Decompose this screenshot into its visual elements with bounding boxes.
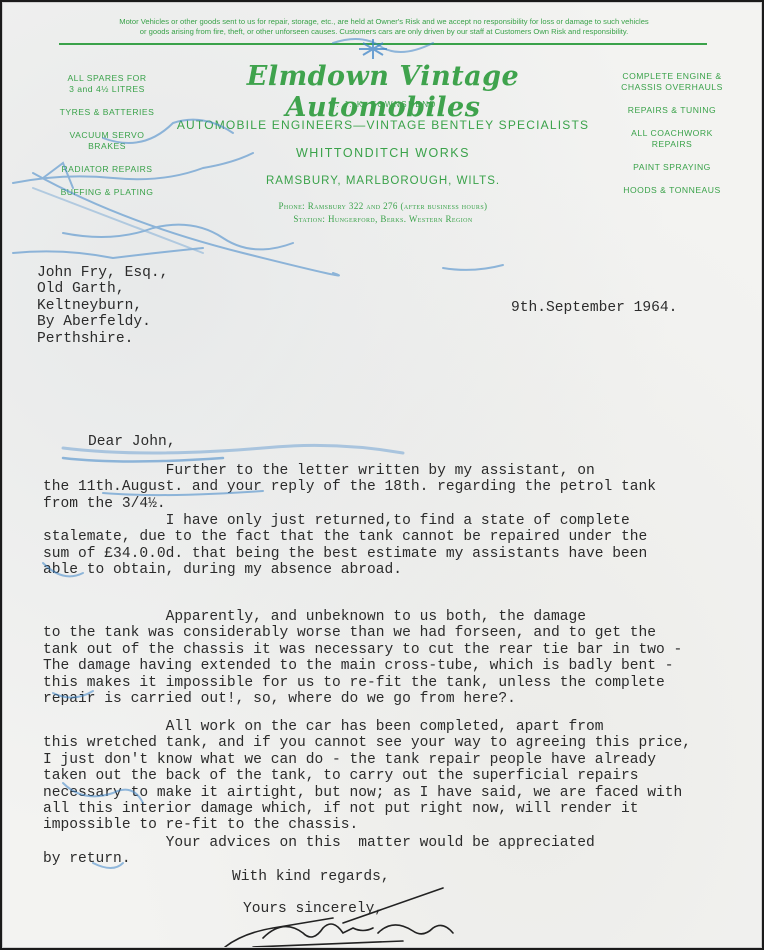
proprietor-name: H. J. K. TOWNSHEND	[173, 100, 593, 109]
service-coachwork: ALL COACHWORK REPAIRS	[597, 128, 747, 150]
service-radiator: RADIATOR REPAIRS	[51, 164, 163, 175]
star-blot	[359, 39, 387, 59]
company-address: RAMSBURY, MARLBOROUGH, WILTS.	[173, 175, 593, 187]
letterhead-divider	[59, 43, 707, 45]
closing-regards: With kind regards,	[232, 869, 390, 885]
disclaimer-line-2: or goods arising from fire, theft, or ot…	[59, 27, 709, 37]
service-brakes: VACUUM SERVO BRAKES	[51, 130, 163, 152]
disclaimer-line-1: Motor Vehicles or other goods sent to us…	[59, 17, 709, 27]
letter-page: Motor Vehicles or other goods sent to us…	[2, 2, 762, 948]
body-paragraph-3: Apparently, and unbeknown to us both, th…	[43, 609, 682, 707]
salutation: Dear John,	[88, 434, 176, 450]
service-spares: ALL SPARES FOR 3 and 4½ LITRES	[51, 73, 163, 95]
works-name: WHITTONDITCH WORKS	[173, 146, 593, 160]
service-painting: PAINT SPRAYING	[597, 162, 747, 173]
company-station: Station: Hungerford, Berks. Western Regi…	[173, 214, 593, 224]
service-tuning: REPAIRS & TUNING	[597, 105, 747, 116]
letter-date: 9th.September 1964.	[511, 300, 677, 316]
body-paragraph-5: Your advices on this matter would be app…	[43, 835, 595, 868]
service-tyres: TYRES & BATTERIES	[51, 107, 163, 118]
letterhead-disclaimer: Motor Vehicles or other goods sent to us…	[59, 17, 709, 37]
service-overhauls: COMPLETE ENGINE & CHASSIS OVERHAULS	[597, 71, 747, 93]
recipient-address: John Fry, Esq., Old Garth, Keltneyburn, …	[37, 265, 168, 347]
signature	[225, 888, 453, 947]
right-services-list: COMPLETE ENGINE & CHASSIS OVERHAULS REPA…	[597, 71, 747, 208]
body-paragraph-4: All work on the car has been completed, …	[43, 719, 691, 834]
service-plating: BUFFING & PLATING	[51, 187, 163, 198]
body-paragraph-2: I have only just returned,to find a stat…	[43, 513, 647, 579]
company-name: Elmdown Vintage Automobiles	[173, 61, 593, 123]
left-services-list: ALL SPARES FOR 3 and 4½ LITRES TYRES & B…	[51, 73, 163, 210]
body-paragraph-1: Further to the letter written by my assi…	[43, 463, 656, 512]
closing-sign-off: Yours sincerely,	[243, 901, 383, 917]
company-phone: Phone: Ramsbury 322 and 276 (after busin…	[173, 201, 593, 211]
company-tagline: AUTOMOBILE ENGINEERS—VINTAGE BENTLEY SPE…	[163, 118, 603, 132]
service-hoods: HOODS & TONNEAUS	[597, 185, 747, 196]
